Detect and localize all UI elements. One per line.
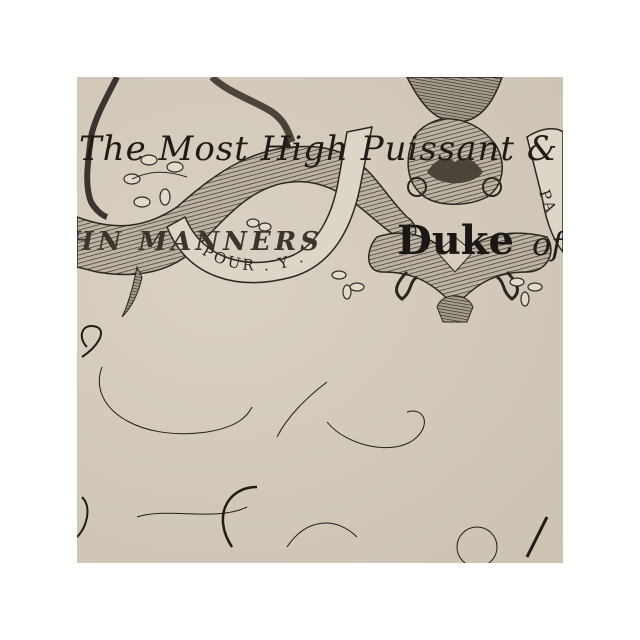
dedication-title: Duke [397,217,514,264]
engraved-print: POUR . Y . PA The Most High Puissant & H… [77,77,563,563]
dedication-name: HN MANNERS [77,227,323,257]
dedication-of: of [532,225,563,263]
dedication-line-1: The Most High Puissant & [79,129,558,169]
